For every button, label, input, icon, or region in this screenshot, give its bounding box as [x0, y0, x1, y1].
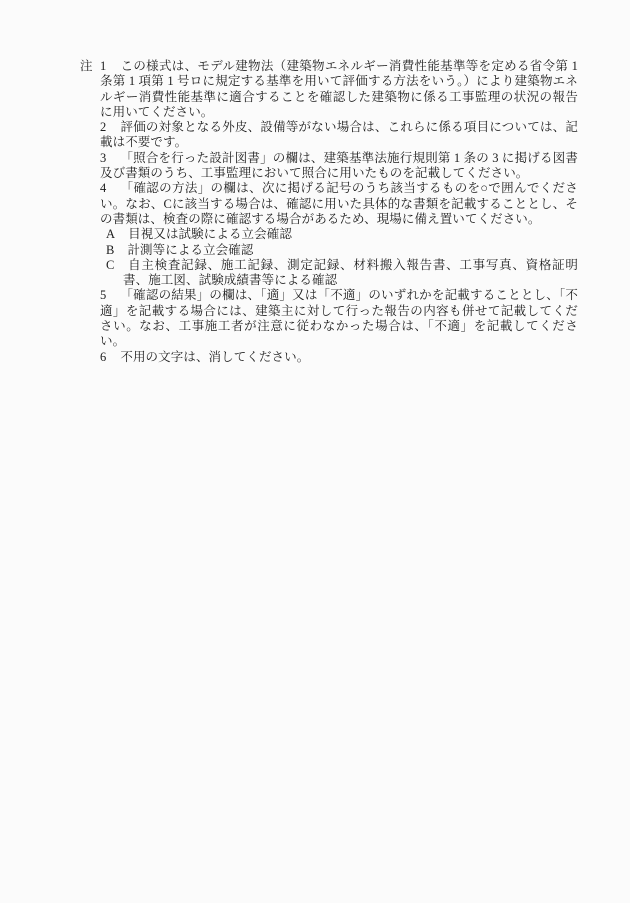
sub-item-text: 自主検査記録、施工記録、測定記録、材料搬入報告書、工事写真、資格証明書、施工図、…: [123, 258, 578, 287]
note-item-4: 4「確認の方法」の欄は、次に掲げる記号のうち該当するものを○で囲んでください。な…: [100, 181, 578, 288]
note-text: 不用の文字は、消してください。: [120, 350, 309, 364]
note-item-1: 1この様式は、モデル建物法（建築物エネルギー消費性能基準等を定める省令第 1 条…: [100, 59, 578, 120]
note-item-6: 6不用の文字は、消してください。: [100, 350, 578, 365]
sub-item-label: B: [106, 243, 114, 257]
note-item-2: 2評価の対象となる外皮、設備等がない場合は、これらに係る項目については、記載は不…: [100, 120, 578, 151]
notes-list: 1この様式は、モデル建物法（建築物エネルギー消費性能基準等を定める省令第 1 条…: [100, 59, 578, 365]
notes-marker: 注: [80, 59, 93, 74]
sub-item-text: 計測等による立会確認: [127, 243, 253, 257]
note-text: 「照合を行った設計図書」の欄は、建築基準法施行規則第 1 条の 3 に掲げる図書…: [100, 151, 578, 180]
sub-item-label: C: [106, 258, 114, 272]
note-text: 「確認の結果」の欄は、「適」又は「不適」のいずれかを記載することとし、「不適」を…: [100, 288, 578, 348]
note-text: 評価の対象となる外皮、設備等がない場合は、これらに係る項目については、記載は不要…: [100, 120, 578, 149]
note-item-3: 3「照合を行った設計図書」の欄は、建築基準法施行規則第 1 条の 3 に掲げる図…: [100, 151, 578, 182]
note-text: この様式は、モデル建物法（建築物エネルギー消費性能基準等を定める省令第 1 条第…: [100, 59, 578, 119]
note-number: 1: [100, 59, 106, 73]
note-number: 2: [100, 120, 106, 134]
note-sub-item-b: B計測等による立会確認: [106, 243, 578, 258]
note-text: 「確認の方法」の欄は、次に掲げる記号のうち該当するものを○で囲んでください。なお…: [100, 181, 578, 226]
sub-item-label: A: [106, 227, 115, 241]
note-item-5: 5「確認の結果」の欄は、「適」又は「不適」のいずれかを記載することとし、「不適」…: [100, 288, 578, 349]
note-sub-item-c: C自主検査記録、施工記録、測定記録、材料搬入報告書、工事写真、資格証明書、施工図…: [106, 258, 578, 289]
note-number: 5: [100, 288, 106, 302]
sub-item-text: 目視又は試験による立会確認: [128, 227, 292, 241]
note-number: 4: [100, 181, 106, 195]
note-sub-item-a: A目視又は試験による立会確認: [106, 227, 578, 242]
note-number: 6: [100, 350, 106, 364]
notes-block: 注 1この様式は、モデル建物法（建築物エネルギー消費性能基準等を定める省令第 1…: [80, 59, 578, 365]
document-page: 注 1この様式は、モデル建物法（建築物エネルギー消費性能基準等を定める省令第 1…: [0, 0, 630, 903]
note-number: 3: [100, 151, 106, 165]
